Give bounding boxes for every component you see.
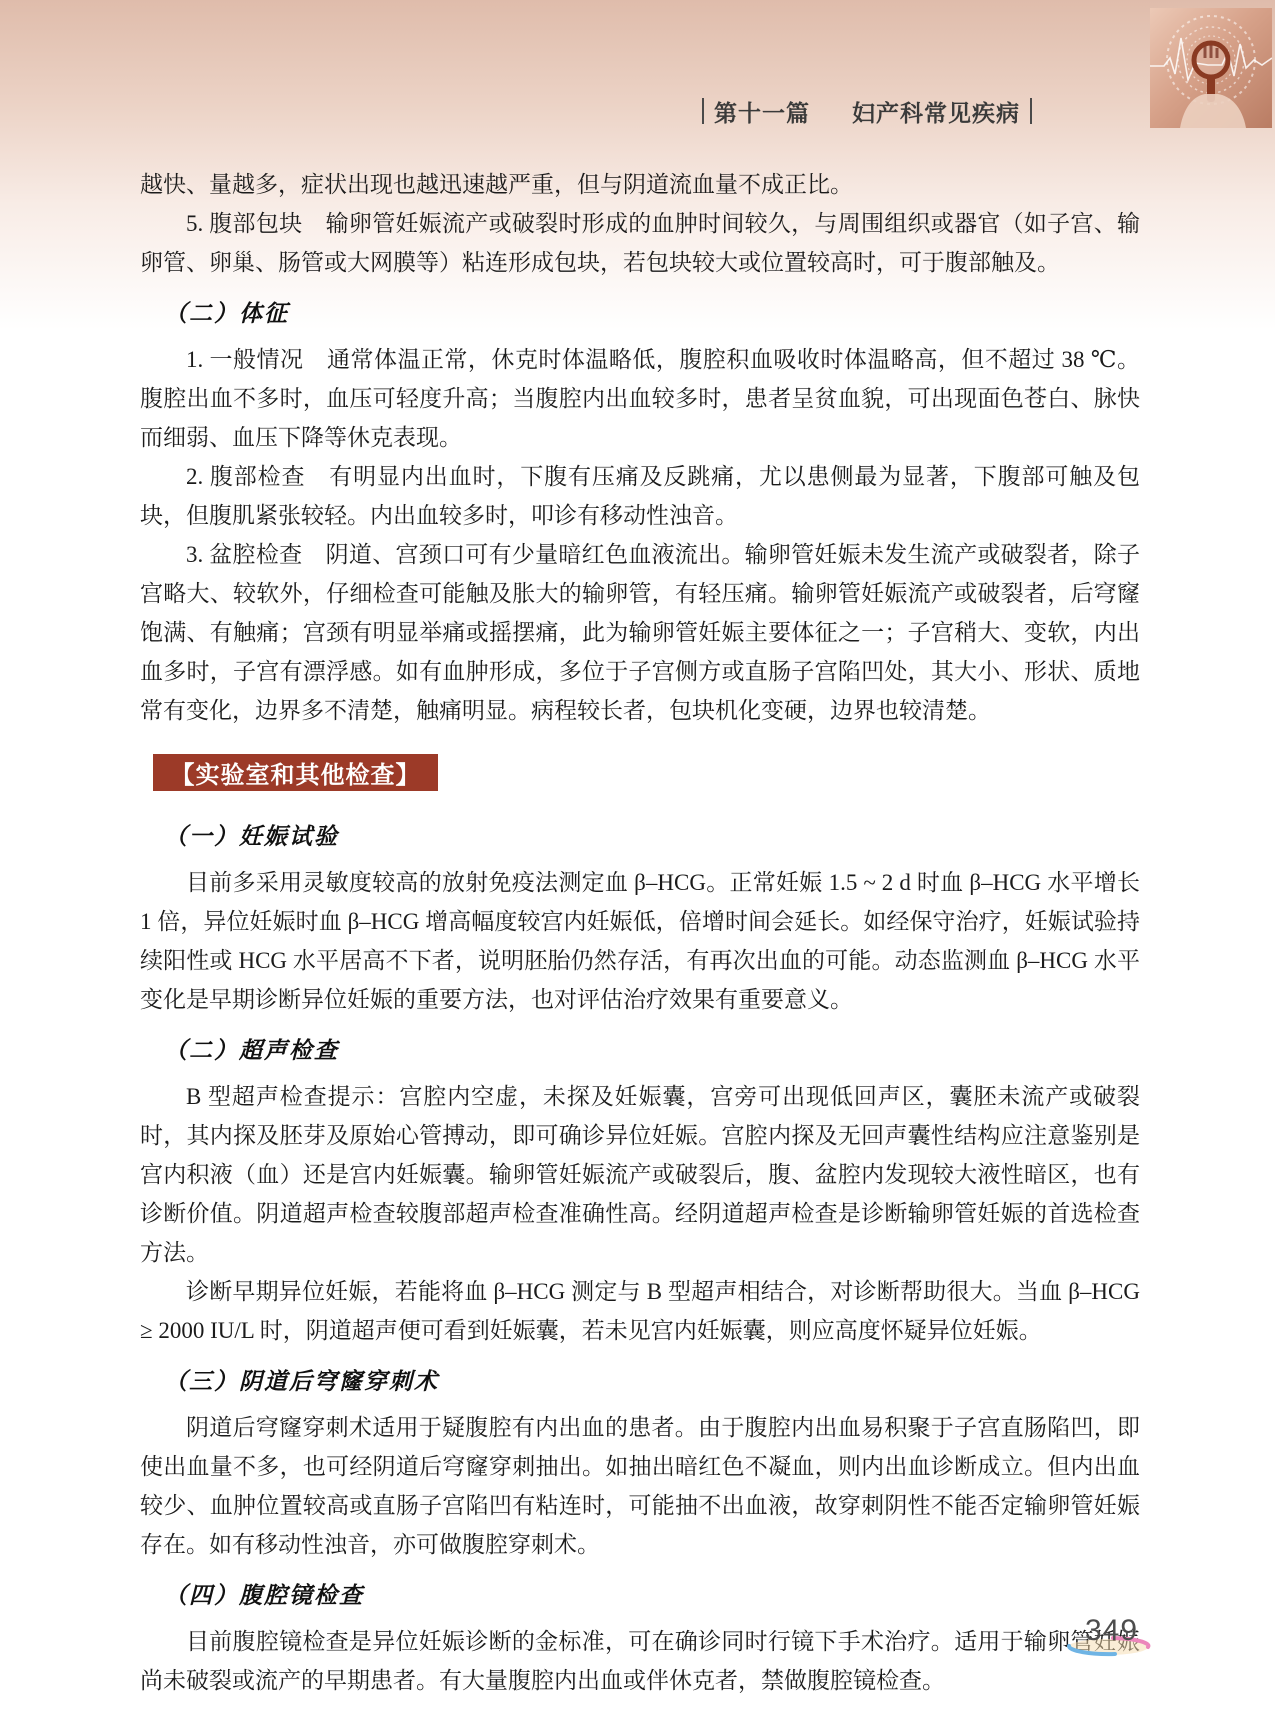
header-photo <box>1150 8 1272 128</box>
subsection-heading: （二）超声检查 <box>140 1031 1140 1070</box>
header-photo-art <box>1150 8 1272 128</box>
paragraph: 诊断早期异位妊娠，若能将血 β–HCG 测定与 B 型超声相结合，对诊断帮助很大… <box>140 1272 1140 1350</box>
page-body: 越快、量越多，症状出现也越迅速越严重，但与阴道流血量不成正比。 5. 腹部包块 … <box>140 165 1140 1700</box>
subsection-heading: （二）体征 <box>140 294 1140 333</box>
running-head-part: 第十一篇 <box>714 95 810 128</box>
running-head-right-bar <box>1030 98 1032 124</box>
magnifier-icon <box>1194 43 1228 102</box>
subsection-heading: （一）妊娠试验 <box>140 817 1140 856</box>
running-head-title: 妇产科常见疾病 <box>852 95 1020 128</box>
page-number-block: 349 <box>1063 1612 1153 1662</box>
hand-shape <box>1180 94 1246 128</box>
paragraph: 目前腹腔镜检查是异位妊娠诊断的金标准，可在确诊同时行镜下手术治疗。适用于输卵管妊… <box>140 1622 1140 1700</box>
section-banner-label: 【实验室和其他检查】 <box>171 755 421 790</box>
section-banner: 【实验室和其他检查】 <box>153 754 438 791</box>
paragraph: 3. 盆腔检查 阴道、宫颈口可有少量暗红色血液流出。输卵管妊娠未发生流产或破裂者… <box>140 535 1140 730</box>
paragraph: 1. 一般情况 通常体温正常，休克时体温略低，腹腔积血吸收时体温略高，但不超过 … <box>140 340 1140 457</box>
paragraph: 阴道后穹窿穿刺术适用于疑腹腔有内出血的患者。由于腹腔内出血易积聚于子宫直肠陷凹，… <box>140 1408 1140 1564</box>
page-number: 349 <box>1085 1614 1138 1648</box>
subsection-heading: （三）阴道后穹窿穿刺术 <box>140 1362 1140 1401</box>
running-head: 第十一篇 妇产科常见疾病 <box>702 97 1032 125</box>
paragraph: 越快、量越多，症状出现也越迅速越严重，但与阴道流血量不成正比。 <box>140 165 1140 204</box>
running-head-left-bar <box>702 98 704 124</box>
paragraph: 2. 腹部检查 有明显内出血时，下腹有压痛及反跳痛，尤以患侧最为显著，下腹部可触… <box>140 457 1140 535</box>
paragraph: B 型超声检查提示：宫腔内空虚，未探及妊娠囊，宫旁可出现低回声区，囊胚未流产或破… <box>140 1077 1140 1272</box>
paragraph: 5. 腹部包块 输卵管妊娠流产或破裂时形成的血肿时间较久，与周围组织或器官（如子… <box>140 204 1140 282</box>
paragraph: 目前多采用灵敏度较高的放射免疫法测定血 β–HCG。正常妊娠 1.5 ~ 2 d… <box>140 863 1140 1019</box>
subsection-heading: （四）腹腔镜检查 <box>140 1576 1140 1615</box>
